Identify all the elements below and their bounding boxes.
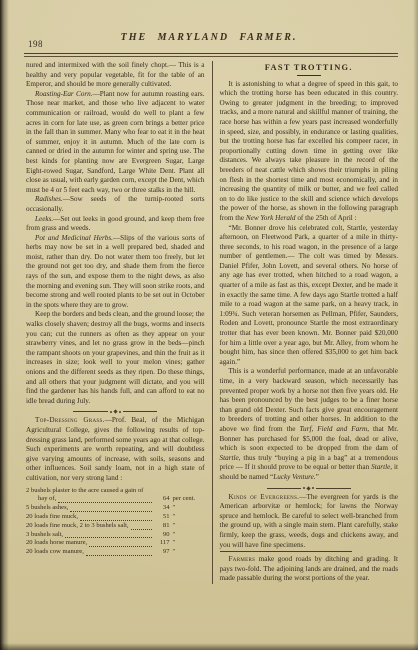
- paragraph-text: nured and intermixed with the soil finel…: [26, 61, 205, 88]
- row-unit: ″: [170, 522, 205, 531]
- row-label: hay of,: [26, 495, 56, 504]
- ornament-dot: [119, 411, 121, 413]
- ornament-diamond: [113, 410, 117, 414]
- gain-table: 2 bushels plaster to the acre caused a g…: [26, 487, 205, 557]
- paragraph-text: —Plant now for autumn roasting ears. Tho…: [26, 90, 205, 194]
- row-label: 5 bushels ashes,: [26, 504, 68, 513]
- ornament-line: [316, 488, 351, 489]
- gain-table-row: 20 loads horse manure, 117 ″: [26, 539, 205, 548]
- gain-table-row: 20 loads fine muck, 51 ″: [26, 513, 205, 522]
- paragraph-lead: Roasting-Ear Corn.: [35, 90, 93, 98]
- dot-leader: [65, 537, 151, 538]
- paragraph: Farmers make good roads by ditching and …: [220, 555, 399, 584]
- row-value: 81: [154, 522, 170, 531]
- paragraph: Top-Dressing Grass.—Prof. Beal, of the M…: [26, 416, 205, 483]
- paragraph: Kinds of Evergreens.—The evergreen for y…: [220, 493, 399, 551]
- dot-leader: [86, 555, 152, 556]
- row-value: 51: [154, 513, 170, 522]
- paragraph: Pot and Medicinal Herbs.—Slips of the va…: [26, 234, 205, 311]
- paragraph: nured and intermixed with the soil finel…: [26, 61, 205, 90]
- dot-leader: [70, 511, 151, 512]
- row-label: 20 loads fine muck,: [26, 513, 78, 522]
- paragraph-text: —Set out leeks in good ground, and keep …: [26, 215, 205, 233]
- row-label: 20 loads fine muck, 2 to 3 bushels salt,: [26, 522, 129, 531]
- ornament-line: [73, 411, 108, 412]
- italic-phrase: New York Herald: [246, 214, 296, 222]
- italic-phrase: Startle: [371, 463, 390, 471]
- paragraph-text: —Prof. Beal, of the Michigan Agricultura…: [26, 416, 205, 482]
- paragraph-text: “Mr. Bonner drove his celebrated colt, S…: [220, 224, 399, 366]
- page-header: 198 THE MARYLAND FARMER.: [0, 0, 418, 48]
- gain-table-row: 2 bushels plaster to the acre caused a g…: [26, 487, 205, 496]
- row-value: 97: [154, 548, 170, 557]
- ornament-dot: [110, 411, 112, 413]
- gain-table-row: 3 bushels salt, 90 ″: [26, 531, 205, 540]
- dot-leader: [89, 546, 151, 547]
- italic-phrase: Lucky Venture.: [273, 473, 315, 481]
- ornament-dot: [312, 487, 314, 489]
- section-divider-ornament: [73, 410, 157, 413]
- ornament-line: [123, 411, 158, 412]
- gain-table-row: 5 bushels ashes, 34 ″: [26, 504, 205, 513]
- paragraph-lead: Leeks.: [35, 215, 53, 223]
- italic-phrase: Startle: [220, 454, 239, 462]
- italic-phrase: Turf, Field and Farm: [299, 425, 367, 433]
- gain-table-row: hay of, 64 per cent.: [26, 495, 205, 504]
- paragraph-text: Keep the borders and beds clean, and the…: [26, 310, 205, 404]
- row-value: 34: [154, 504, 170, 513]
- paragraph-lead: Top-Dressing Grass.: [35, 416, 105, 424]
- paragraph: Roasting-Ear Corn.—Plant now for autumn …: [26, 90, 205, 196]
- dot-leader: [58, 502, 151, 503]
- ornament-line: [267, 488, 302, 489]
- paragraph-text: ”: [316, 473, 319, 481]
- dot-leader: [131, 529, 152, 530]
- row-unit: ″: [170, 548, 205, 557]
- row-label: 3 bushels salt,: [26, 531, 63, 540]
- article-heading: FAST TROTTING.: [220, 63, 399, 73]
- ornament-diamond: [307, 486, 311, 490]
- paragraph: Keep the borders and beds clean, and the…: [26, 310, 205, 406]
- row-unit: ″: [170, 513, 205, 522]
- row-unit: ″: [170, 539, 205, 548]
- dot-leader: [80, 520, 151, 521]
- paragraph-text: of the 25th of April :: [296, 214, 357, 222]
- row-unit: ″: [170, 504, 205, 513]
- left-column: nured and intermixed with the soil finel…: [26, 61, 212, 584]
- heading-underline: [297, 75, 321, 76]
- separator-rule: [220, 551, 352, 552]
- row-value: 117: [154, 539, 170, 548]
- paragraph: Leeks.—Set out leeks in good ground, and…: [26, 215, 205, 234]
- gain-table-row: 20 loads fine muck, 2 to 3 bushels salt,…: [26, 522, 205, 531]
- paragraph-text: It is astonishing to what a degree of sp…: [220, 80, 399, 222]
- paragraph-lead: Kinds of Evergreens.: [229, 493, 300, 501]
- paragraph-lead: Radishes.: [35, 195, 63, 203]
- gain-table-row: 20 loads cow manure, 97 ″: [26, 548, 205, 557]
- paragraph-lead: Farmers: [229, 555, 256, 563]
- two-column-layout: nured and intermixed with the soil finel…: [0, 57, 418, 584]
- paragraph: Radishes.—Sow seeds of the turnip-rooted…: [26, 195, 205, 214]
- page-title: THE MARYLAND FARMER.: [0, 32, 418, 43]
- paragraph-text: —Slips of the various sorts of herbs may…: [26, 234, 205, 309]
- row-unit: per cent.: [170, 495, 205, 504]
- paragraph-text: This is a wonderful performance, made at…: [220, 367, 399, 433]
- right-column: FAST TROTTING. It is astonishing to what…: [213, 61, 399, 584]
- row-label: 2 bushels plaster to the acre caused a g…: [26, 487, 143, 496]
- row-value: 64: [154, 495, 170, 504]
- paragraph: It is astonishing to what a degree of sp…: [220, 80, 399, 224]
- paragraph-lead: Pot and Medicinal Herbs.: [35, 234, 113, 242]
- paragraph: “Mr. Bonner drove his celebrated colt, S…: [220, 224, 399, 368]
- row-label: 20 loads cow manure,: [26, 548, 84, 557]
- row-value: 90: [154, 531, 170, 540]
- section-divider-ornament: [267, 487, 351, 490]
- row-label: 20 loads horse manure,: [26, 539, 87, 548]
- paragraph: This is a wonderful performance, made at…: [220, 367, 399, 482]
- scanned-page: 198 THE MARYLAND FARMER. nured and inter…: [0, 0, 418, 650]
- row-unit: ″: [170, 531, 205, 540]
